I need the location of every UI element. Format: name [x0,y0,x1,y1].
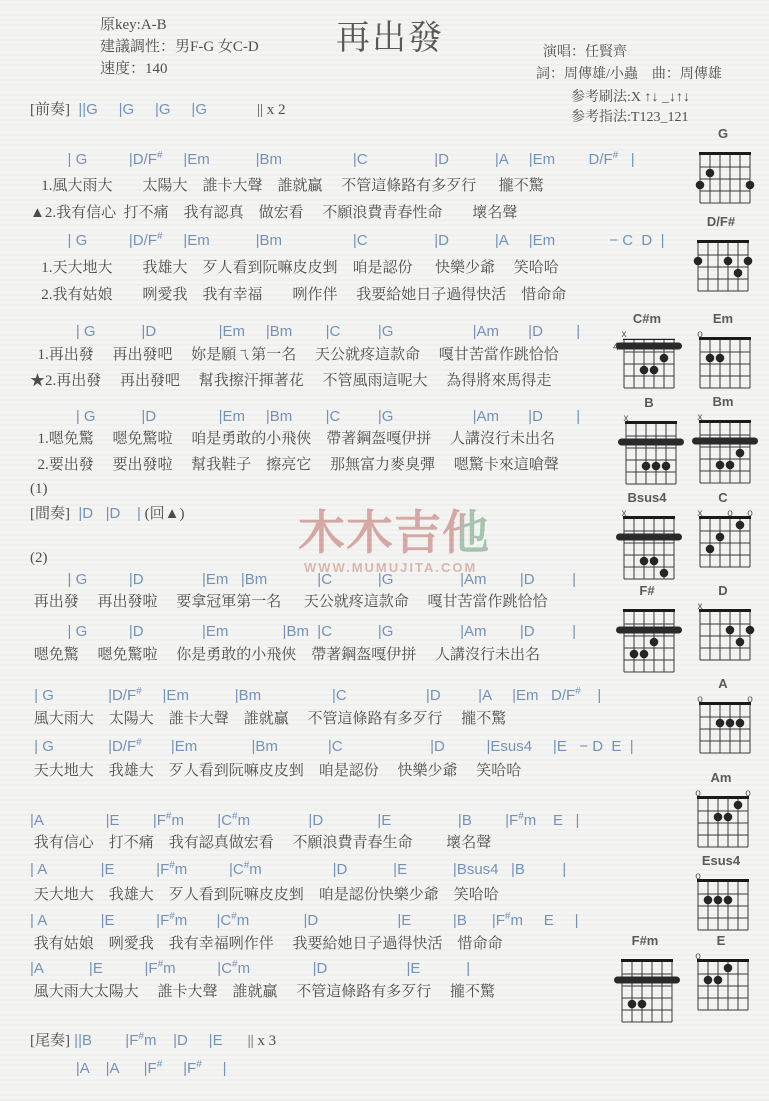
chord-grid: o [688,328,758,393]
chord-diagram-G: G [688,143,758,213]
chord-text: | A |E |F#m |C#m |D |E |Bsus4 |B | [30,861,566,878]
chorus3b-lyrics: 嗯免驚 嗯免驚啦 你是勇敢的小飛俠 帶著鋼盔嘎伊拼 人講沒行未出名 [30,645,540,665]
svg-text:x: x [622,329,627,340]
chord-grid: x4 [612,328,682,393]
outro-chords-2: |A |A |F# |F# | [30,1059,227,1078]
bridge4-chords: |A |E |F#m |C#m |D |E | [30,959,470,978]
strum-pattern: 参考刷法:X ↑↓ _↓↑↓ [571,87,690,108]
chord-diagram-Fsharpm: F#m [610,950,680,1032]
chord-diagram-label: Em [688,311,758,326]
lyric-text: 1.天大地大 我雄大 歹人看到阮嘛皮皮剉 咱是認份 快樂少爺 笑哈哈 [30,260,559,276]
song-title: 再出發 [336,10,444,59]
chord-diagram-D: Dx [688,600,758,670]
lyric-text: 我有信心 打不痛 我有認真做宏看 不願浪費青春生命 壞名聲 [30,835,491,851]
singer: 演唱：任賢齊 [543,42,627,63]
chord-diagram-label: Bm [688,394,758,409]
bridge1-lyrics: 我有信心 打不痛 我有認真做宏看 不願浪費青春生命 壞名聲 [30,833,491,853]
chord-diagram-label: Esus4 [686,853,756,868]
chord-diagram-label: F#m [610,933,680,948]
interlude-line: [間奏] |D |D | (回▲) [30,504,184,524]
lyric-text: 我有姑娘 咧愛我 我有幸福咧作伴 我要給她日子過得快活 惜命命 [30,936,503,952]
suggested-key: 建議調性：男F-G 女C-D [100,36,259,58]
chord-diagram-B: Bx [614,412,684,494]
chorus2-lyrics-1: 1.嗯免驚 嗯免驚啦 咱是勇敢的小飛俠 帶著鋼盔嘎伊拼 人講沒行未出名 [30,429,555,449]
chorus1-lyrics-1: 1.再出發 再出發吧 妳是願ㄟ第一名 天公就疼這款命 嘎甘苦當作跳恰恰 [30,345,559,365]
chord-diagram-label: F# [612,583,682,598]
lyric-text: 風大雨大 太陽大 誰卡大聲 誰就贏 不管這條路有多歹行 攏不驚 [30,711,506,727]
lyric-text: 天大地大 我雄大 歹人看到阮嘛皮皮剉 咱是認份 快樂少爺 笑哈哈 [30,763,521,779]
bridge3-chords: | A |E |F#m |C#m |D |E |B |F#m E | [30,911,579,930]
chord-text: | G |D/F# |Em |Bm |C |D |A |Em − C D | [30,232,665,249]
verse1-chords: | G |D/F# |Em |Bm |C |D |A |Em D/F# | [30,150,635,169]
lyricist-composer: 詞：周傳雄/小蟲 曲：周傳雄 [536,64,722,85]
lyric-text: || x 2 [257,102,286,118]
lyric-text: [尾奏] [30,1033,70,1049]
chord-grid [686,231,756,296]
chord-text: |D |D | [70,505,141,522]
verse4-chords: | G |D/F# |Em |Bm |C |D |Esus4 |E − D E … [30,737,634,756]
chorus3b-chords: | G |D |Em |Bm |C |G |Am |D | [30,622,576,641]
original-key: 原key:A-B [100,14,259,36]
chord-diagram-A: Aoo [688,693,758,763]
lyric-text: 1.嗯免驚 嗯免驚啦 咱是勇敢的小飛俠 帶著鋼盔嘎伊拼 人講沒行未出名 [30,431,555,447]
verse2-chords: | G |D/F# |Em |Bm |C |D |A |Em − C D | [30,231,665,250]
chord-grid: x [688,600,758,665]
lyric-text: 1.風大雨大 太陽大 誰卡大聲 誰就贏 不管這條路有多歹行 攏不驚 [30,178,544,194]
chord-grid [688,143,758,208]
intro-line: [前奏] ||G |G |G |G || x 2 [30,100,286,120]
chord-diagram-C: Cxoo [688,507,758,577]
chord-grid [610,950,680,1027]
chord-diagram-label: G [688,126,758,141]
chord-diagram-label: C [688,490,758,505]
chord-text: | G |D |Em |Bm |C |G |Am |D | [30,323,580,340]
chord-diagram-label: E [686,933,756,948]
chord-grid: x [612,507,682,584]
chord-text: | G |D/F# |Em |Bm |C |D |Esus4 |E − D E … [30,738,634,755]
mark-2: (2) [30,548,48,568]
chorus3a-lyrics: 再出發 再出發啦 要拿冠軍第一名 天公就疼這款命 嘎甘苦當作跳恰恰 [30,592,548,612]
bridge2-lyrics: 天大地大 我雄大 歹人看到阮嘛皮皮剉 咱是認份快樂少爺 笑哈哈 [30,885,499,905]
chord-diagram-label: A [688,676,758,691]
lyric-text: [前奏] [30,102,70,118]
verse2-lyrics-2: 2.我有姑娘 咧愛我 我有幸福 咧作伴 我要給她日子過得快活 惜命命 [30,285,566,305]
chord-diagram-label: B [614,395,684,410]
lyric-text: 1.再出發 再出發吧 妳是願ㄟ第一名 天公就疼這款命 嘎甘苦當作跳恰恰 [30,347,559,363]
chord-diagram-Csharpm: C#mx4 [612,328,682,398]
chord-grid: xoo [688,507,758,572]
lyric-text: 嗯免驚 嗯免驚啦 你是勇敢的小飛俠 帶著鋼盔嘎伊拼 人講沒行未出名 [30,647,540,663]
chord-grid [612,600,682,677]
chord-diagram-Em: Emo [688,328,758,398]
watermark: 木木吉他 WWW.MUMUJITA.COM [298,508,490,575]
verse1-lyrics-2: ▲2.我有信心 打不痛 我有認真 做宏看 不願浪費青春性命 壞名聲 [30,203,517,223]
chord-diagram-label: Bsus4 [612,490,682,505]
lyric-text: 天大地大 我雄大 歹人看到阮嘛皮皮剉 咱是認份快樂少爺 笑哈哈 [30,887,499,903]
watermark-logo: 木木吉他 [298,508,490,558]
lyric-text: 風大雨大太陽大 誰卡大聲 誰就贏 不管這條路有多歹行 攏不驚 [30,984,495,1000]
chord-text: | G |D |Em |Bm |C |G |Am |D | [30,623,576,640]
watermark-url: WWW.MUMUJITA.COM [304,560,490,575]
bridge4-lyrics: 風大雨大太陽大 誰卡大聲 誰就贏 不管這條路有多歹行 攏不驚 [30,982,495,1002]
chord-grid: oo [686,787,756,852]
verse3-lyrics: 風大雨大 太陽大 誰卡大聲 誰就贏 不管這條路有多歹行 攏不驚 [30,709,506,729]
chord-grid: o [686,950,756,1015]
mark-1: (1) [30,479,48,499]
verse4-lyrics: 天大地大 我雄大 歹人看到阮嘛皮皮剉 咱是認份 快樂少爺 笑哈哈 [30,761,521,781]
chord-grid: x [614,412,684,489]
lyric-text: 2.我有姑娘 咧愛我 我有幸福 咧作伴 我要給她日子過得快活 惜命命 [30,287,566,303]
verse1-lyrics-1: 1.風大雨大 太陽大 誰卡大聲 誰就贏 不管這條路有多歹行 攏不驚 [30,176,544,196]
chord-diagram-label: C#m [612,311,682,326]
lyric-text: ▲2.我有信心 打不痛 我有認真 做宏看 不願浪費青春性命 壞名聲 [30,205,517,221]
lyric-text: [間奏] [30,506,70,522]
bridge2-chords: | A |E |F#m |C#m |D |E |Bsus4 |B | [30,860,566,879]
chord-text: | G |D/F# |Em |Bm |C |D |A |Em D/F# | [30,151,635,168]
chord-grid: o [686,870,756,935]
chord-diagram-E: Eo [686,950,756,1020]
chord-diagram-Bm: Bmx [688,411,758,493]
chord-diagram-label: D [688,583,758,598]
tempo: 速度：140 [100,58,259,80]
lyric-text: 2.要出發 要出發啦 幫我鞋子 擦亮它 那無富力麥臭彈 嗯驚卡來這嗆聲 [30,457,559,473]
chord-grid: x [688,411,758,488]
verse3-chords: | G |D/F# |Em |Bm |C |D |A |Em D/F# | [30,686,601,705]
finger-pattern: 参考指法:T123_121 [571,107,688,128]
lyric-text: (1) [30,481,48,497]
chord-text: |A |A |F# |F# | [30,1060,227,1077]
chord-text: | G |D/F# |Em |Bm |C |D |A |Em D/F# | [30,687,601,704]
chord-diagram-Esus4: Esus4o [686,870,756,940]
lyric-text: ★2.再出發 再出發吧 幫我擦汗揮著花 不管風雨這呢大 為得將來馬得走 [30,373,551,389]
chord-diagram-Am: Amoo [686,787,756,857]
chord-text: | A |E |F#m |C#m |D |E |B |F#m E | [30,912,579,929]
lyric-text: 再出發 再出發啦 要拿冠軍第一名 天公就疼這款命 嘎甘苦當作跳恰恰 [30,594,548,610]
outro-line: [尾奏] ||B |F#m |D |E || x 3 [30,1031,276,1051]
chord-grid: oo [688,693,758,758]
chord-text: ||B |F#m |D |E [70,1032,248,1049]
lyric-text: || x 3 [248,1033,277,1049]
verse2-lyrics-1: 1.天大地大 我雄大 歹人看到阮嘛皮皮剉 咱是認份 快樂少爺 笑哈哈 [30,258,559,278]
chorus1-lyrics-2: ★2.再出發 再出發吧 幫我擦汗揮著花 不管風雨這呢大 為得將來馬得走 [30,371,551,391]
chord-text: | G |D |Em |Bm |C |G |Am |D | [30,408,580,425]
chord-text: ||G |G |G |G [70,101,257,118]
chorus2-lyrics-2: 2.要出發 要出發啦 幫我鞋子 擦亮它 那無富力麥臭彈 嗯驚卡來這嗆聲 [30,455,559,475]
chord-diagram-D-Fsharp: D/F# [686,231,756,301]
song-meta-left: 原key:A-B 建議調性：男F-G 女C-D 速度：140 [100,14,259,80]
lyric-text: (2) [30,550,48,566]
bridge3-lyrics: 我有姑娘 咧愛我 我有幸福咧作伴 我要給她日子過得快活 惜命命 [30,934,503,954]
chord-text: |A |E |F#m |C#m |D |E |B |F#m E | [30,812,579,829]
lyric-text: (回▲) [141,506,185,522]
chord-diagram-Fsharp: F# [612,600,682,682]
chord-diagram-label: Am [686,770,756,785]
chorus1-chords: | G |D |Em |Bm |C |G |Am |D | [30,322,580,341]
bridge1-chords: |A |E |F#m |C#m |D |E |B |F#m E | [30,811,579,830]
chorus2-chords: | G |D |Em |Bm |C |G |Am |D | [30,407,580,426]
chord-diagram-label: D/F# [686,214,756,229]
chord-diagram-Bsus4: Bsus4x [612,507,682,589]
chord-sheet-page: 原key:A-B 建議調性：男F-G 女C-D 速度：140 再出發 演唱：任賢… [0,0,769,1101]
chord-text: |A |E |F#m |C#m |D |E | [30,960,470,977]
